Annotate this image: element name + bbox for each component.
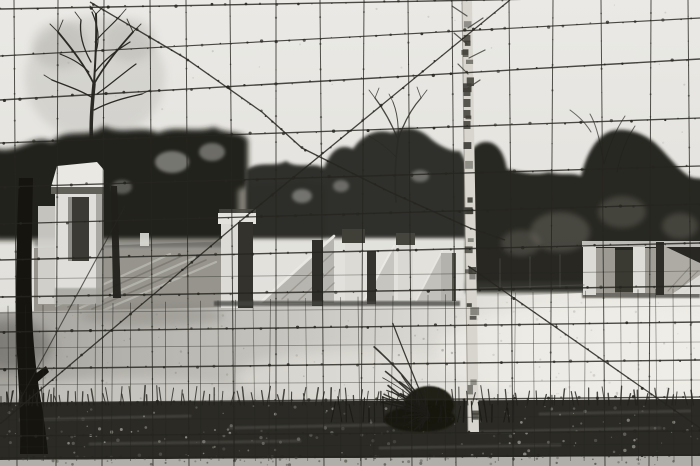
barb xyxy=(494,123,497,126)
grain-speckle xyxy=(492,354,494,356)
grain-speckle xyxy=(613,451,616,454)
grain-speckle xyxy=(659,64,660,65)
barb xyxy=(281,455,284,458)
barb xyxy=(356,455,358,457)
grain-speckle xyxy=(144,458,146,460)
barb xyxy=(682,396,684,398)
barb xyxy=(480,362,481,363)
barb xyxy=(360,430,362,432)
barb xyxy=(622,22,623,23)
barb xyxy=(551,67,552,68)
barb xyxy=(536,26,538,28)
barb xyxy=(640,360,641,361)
barb xyxy=(56,301,58,303)
barb xyxy=(190,88,193,91)
barb xyxy=(14,144,16,146)
barb xyxy=(322,327,323,328)
barb xyxy=(1,55,3,57)
barb xyxy=(321,249,323,251)
barb xyxy=(182,219,184,221)
barb xyxy=(43,53,45,55)
grain-speckle xyxy=(48,427,50,429)
barb xyxy=(51,184,53,186)
barb xyxy=(309,80,311,82)
barb xyxy=(462,173,463,174)
barb xyxy=(89,329,92,332)
grain-speckle xyxy=(326,410,328,412)
barb xyxy=(468,324,469,325)
grain-speckle xyxy=(509,385,512,388)
barb xyxy=(141,303,142,304)
barb xyxy=(428,454,431,457)
barb xyxy=(689,197,690,198)
barb xyxy=(219,236,222,239)
barb xyxy=(402,327,403,328)
barb xyxy=(299,455,302,458)
barb xyxy=(557,207,558,208)
barb xyxy=(163,218,166,221)
barb xyxy=(428,173,429,174)
barb xyxy=(335,433,338,436)
barb xyxy=(231,228,232,229)
grain-speckle xyxy=(66,356,68,358)
grain-speckle xyxy=(299,43,301,45)
grain-speckle xyxy=(520,421,523,424)
grain-speckle xyxy=(640,459,641,460)
barb xyxy=(373,110,375,112)
barb xyxy=(292,177,295,180)
grain-speckle xyxy=(619,423,620,424)
barb xyxy=(311,176,313,178)
barb xyxy=(581,455,583,457)
barb xyxy=(1,296,3,298)
barb xyxy=(331,3,332,4)
grain-speckle xyxy=(279,441,282,444)
pole-bark-mottle xyxy=(465,246,473,253)
grain-speckle xyxy=(180,350,182,352)
grain-speckle xyxy=(164,438,166,440)
barb xyxy=(452,93,454,95)
grain-speckle xyxy=(195,406,197,408)
barb xyxy=(650,147,651,148)
barb xyxy=(213,293,215,295)
barb xyxy=(625,321,628,324)
barb xyxy=(208,456,211,459)
grain-speckle xyxy=(643,406,645,408)
barb xyxy=(619,167,622,170)
barb xyxy=(409,276,411,278)
barb xyxy=(550,247,552,249)
barb xyxy=(106,368,107,369)
barb xyxy=(85,182,88,185)
barb xyxy=(407,12,408,13)
grain-speckle xyxy=(398,354,400,356)
barb xyxy=(445,172,448,175)
barb xyxy=(509,67,510,68)
pole-bark-mottle xyxy=(463,142,471,149)
barb xyxy=(635,285,637,287)
grain-speckle xyxy=(384,463,387,466)
grain-speckle xyxy=(623,433,626,436)
barb xyxy=(169,279,172,282)
barb xyxy=(120,321,122,323)
barb xyxy=(123,293,126,296)
barb xyxy=(20,295,22,297)
grain-speckle xyxy=(222,447,225,450)
barb xyxy=(538,207,541,210)
barb xyxy=(446,456,447,457)
grain-speckle xyxy=(202,440,205,443)
barb xyxy=(103,142,105,144)
barb xyxy=(610,119,613,122)
barb xyxy=(50,402,52,404)
barb xyxy=(3,223,6,226)
barb xyxy=(186,195,188,197)
grain-speckle xyxy=(203,432,204,433)
barb xyxy=(39,331,41,333)
barb xyxy=(151,194,152,195)
barb xyxy=(176,328,177,329)
barb xyxy=(621,63,623,65)
pole-bark-mottle xyxy=(470,379,476,385)
barb xyxy=(85,401,87,403)
barb xyxy=(72,367,74,369)
grain-speckle xyxy=(562,440,564,442)
barb xyxy=(443,289,445,291)
barb xyxy=(53,367,55,369)
barb xyxy=(536,67,538,69)
barb xyxy=(187,298,188,299)
barb xyxy=(500,247,503,250)
grain-speckle xyxy=(683,84,685,86)
barb xyxy=(380,104,383,107)
barb xyxy=(500,287,503,290)
grain-speckle xyxy=(573,413,574,414)
barb xyxy=(650,204,652,206)
barb xyxy=(688,116,690,118)
barb xyxy=(691,422,693,424)
grain-speckle xyxy=(303,375,305,377)
barb xyxy=(285,433,286,434)
barb xyxy=(361,119,364,122)
barb xyxy=(325,214,326,215)
barb xyxy=(181,434,184,437)
grain-speckle xyxy=(385,407,388,410)
barb xyxy=(532,432,533,433)
right-wall-1 xyxy=(596,248,615,293)
barb xyxy=(353,292,355,294)
barb xyxy=(383,189,384,190)
barb xyxy=(35,97,38,100)
grain-speckle xyxy=(158,337,159,338)
grain-speckle xyxy=(259,66,260,67)
barb xyxy=(500,324,502,326)
barb xyxy=(150,144,151,145)
grain-speckle xyxy=(511,437,512,438)
barb xyxy=(13,68,15,70)
grain-speckle xyxy=(407,460,410,463)
grain-speckle xyxy=(67,442,70,445)
barb xyxy=(279,187,281,189)
barb xyxy=(109,294,112,297)
barb xyxy=(497,70,500,73)
barb xyxy=(367,326,370,329)
barb xyxy=(439,214,440,215)
barb xyxy=(691,405,693,407)
barb xyxy=(37,8,39,10)
barb xyxy=(14,120,16,122)
barb xyxy=(274,178,276,180)
barb xyxy=(614,395,617,398)
pole-bark-mottle xyxy=(467,303,472,307)
pole-bark-mottle xyxy=(464,21,472,27)
barb xyxy=(414,203,416,205)
barb xyxy=(550,327,551,328)
grain-speckle xyxy=(120,428,123,431)
barb xyxy=(189,400,191,402)
barb xyxy=(689,247,691,249)
grain-speckle xyxy=(664,12,666,14)
barb xyxy=(564,123,566,125)
barb xyxy=(55,327,57,329)
pole-bark-mottle xyxy=(465,41,471,46)
barb xyxy=(57,13,59,15)
barb xyxy=(452,39,453,40)
barb xyxy=(481,71,483,73)
treeline-light-patch xyxy=(662,213,698,239)
barb xyxy=(607,322,608,323)
grain-speckle xyxy=(226,373,228,375)
barb xyxy=(101,380,103,382)
barb xyxy=(327,175,330,178)
barb xyxy=(565,454,567,456)
barb xyxy=(511,123,513,125)
barb xyxy=(243,179,245,181)
barb xyxy=(179,53,181,55)
pole-bark-mottle xyxy=(466,60,473,64)
barb xyxy=(251,211,253,213)
barb xyxy=(568,431,570,433)
barb xyxy=(422,70,424,72)
grain-speckle xyxy=(632,445,636,449)
grain-speckle xyxy=(243,348,244,349)
barb xyxy=(248,212,250,214)
barb xyxy=(509,12,510,13)
barb xyxy=(415,455,417,457)
barb xyxy=(416,0,418,2)
grain-speckle xyxy=(365,458,368,461)
barb xyxy=(345,2,346,3)
treeline-sky-hole xyxy=(155,151,189,173)
barb xyxy=(560,396,562,398)
grain-speckle xyxy=(71,463,74,466)
grain-speckle xyxy=(644,457,646,459)
barb xyxy=(435,31,436,32)
barb xyxy=(116,17,118,19)
barb xyxy=(171,49,173,51)
barb xyxy=(391,96,393,98)
photo-canvas xyxy=(0,0,700,466)
barb xyxy=(39,367,41,369)
barb xyxy=(597,455,598,456)
barb xyxy=(661,18,664,21)
barb xyxy=(690,324,692,326)
grain-speckle xyxy=(98,427,101,430)
barb xyxy=(136,28,139,31)
barb xyxy=(609,244,611,246)
grain-speckle xyxy=(297,437,301,441)
barb xyxy=(89,256,92,259)
barb xyxy=(320,170,322,172)
grain-speckle xyxy=(41,459,43,461)
sentry-doorway-edge xyxy=(68,197,72,261)
barb xyxy=(138,328,141,331)
barb xyxy=(623,359,626,362)
barb xyxy=(375,397,378,400)
barb xyxy=(87,294,90,297)
barb xyxy=(521,246,524,249)
grain-speckle xyxy=(369,406,370,407)
barb xyxy=(363,68,365,70)
barb xyxy=(652,166,655,169)
grain-speckle xyxy=(495,461,496,462)
barb xyxy=(260,39,263,42)
barb xyxy=(102,300,104,302)
grain-speckle xyxy=(51,369,53,371)
barb xyxy=(694,358,696,360)
barb xyxy=(190,327,192,329)
barb xyxy=(463,28,466,31)
grain-speckle xyxy=(318,460,320,462)
barb xyxy=(511,377,513,379)
barb xyxy=(230,63,232,65)
barb xyxy=(275,381,276,382)
barb xyxy=(275,298,277,300)
barb xyxy=(57,64,59,66)
barb xyxy=(119,434,121,436)
barb xyxy=(104,92,107,95)
barb xyxy=(149,11,151,13)
barb xyxy=(152,429,154,431)
barb xyxy=(417,127,419,129)
barb xyxy=(694,118,696,120)
grain-speckle xyxy=(161,108,163,110)
barb xyxy=(551,225,553,227)
barb xyxy=(320,116,322,118)
barb xyxy=(380,326,382,328)
barb xyxy=(508,43,510,45)
barb xyxy=(476,399,477,400)
barb xyxy=(185,68,187,70)
barb xyxy=(466,71,468,73)
grain-speckle xyxy=(476,457,477,458)
grain-speckle xyxy=(150,463,153,466)
barb xyxy=(188,428,190,430)
barb xyxy=(165,255,166,256)
barb xyxy=(484,323,487,326)
barb xyxy=(337,166,339,168)
barb xyxy=(650,93,652,95)
barb xyxy=(512,429,513,430)
grain-speckle xyxy=(7,434,8,435)
barb xyxy=(413,77,415,79)
barb xyxy=(32,456,35,459)
barb xyxy=(503,27,506,30)
grain-speckle xyxy=(115,459,116,460)
barb xyxy=(343,175,345,177)
barb xyxy=(103,68,104,69)
barb xyxy=(103,13,105,15)
barb xyxy=(502,5,504,7)
grain-speckle xyxy=(661,443,662,444)
grain-speckle xyxy=(373,367,374,368)
barb xyxy=(14,198,16,200)
pole-bark-mottle xyxy=(465,161,473,169)
barb xyxy=(572,324,574,326)
barb xyxy=(19,331,21,333)
grain-speckle xyxy=(72,315,73,316)
barb xyxy=(14,457,17,460)
barb xyxy=(160,287,162,289)
barb xyxy=(230,119,232,121)
barb xyxy=(555,324,557,326)
barb xyxy=(90,366,93,369)
barb xyxy=(691,430,692,431)
grain-speckle xyxy=(159,453,162,456)
barb xyxy=(363,178,364,179)
barb xyxy=(265,291,268,294)
barb xyxy=(450,218,451,219)
barb xyxy=(201,44,204,47)
barb xyxy=(383,0,385,2)
barb xyxy=(426,208,428,210)
barb xyxy=(158,5,160,7)
barb xyxy=(463,398,465,400)
barb xyxy=(128,255,131,258)
barb xyxy=(641,387,644,390)
barb xyxy=(214,253,217,256)
barb xyxy=(409,250,411,252)
grain-speckle xyxy=(593,374,596,377)
barb xyxy=(584,206,587,209)
barb xyxy=(553,360,556,363)
barb xyxy=(407,42,409,44)
barb xyxy=(16,376,17,377)
barb xyxy=(632,395,635,398)
barb xyxy=(463,362,465,364)
grain-speckle xyxy=(559,414,561,416)
barb xyxy=(602,169,603,170)
barb xyxy=(52,296,54,298)
barb xyxy=(509,94,511,96)
barb xyxy=(506,455,508,457)
grain-speckle xyxy=(185,436,187,438)
pole-bark-mottle xyxy=(465,269,472,273)
barb xyxy=(288,39,290,41)
barb xyxy=(467,125,468,126)
barb xyxy=(601,146,603,148)
barb xyxy=(329,80,331,82)
barb xyxy=(187,46,188,47)
barb xyxy=(303,291,304,292)
grain-speckle xyxy=(123,340,124,341)
barb xyxy=(157,41,159,43)
barb xyxy=(627,377,629,379)
barb xyxy=(551,198,552,199)
barb xyxy=(389,33,392,36)
barb xyxy=(186,116,187,117)
grain-speckle xyxy=(90,408,93,411)
